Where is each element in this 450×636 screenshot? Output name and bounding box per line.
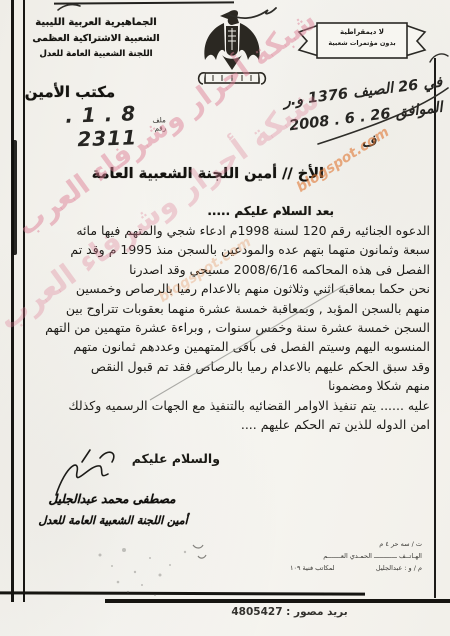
closing-salutation: والسلام عليكم	[132, 451, 220, 466]
letterhead: الجماهيرية العربية الليبية الشعبية الاشت…	[20, 15, 172, 62]
handwritten-date: في 26 الصيف 1376 و.ر الموافق 26 . 6 . 20…	[282, 71, 450, 165]
body-line: عليه ...... يتم تنفيذ الاوامر القضائيه ب…	[22, 396, 430, 415]
stamp-speckles	[99, 548, 187, 596]
body-line: الدعوه الجنائيه رقم 120 لسنة 1998م ادعاء…	[22, 221, 430, 240]
bottom-border-line-1	[0, 591, 365, 595]
footer-line-3-left: لمكاتب فنية ١٠٩	[290, 562, 335, 574]
file-number-row: ملف رقم 8 . 1 . 2311	[5, 100, 167, 154]
footer-line-3: م / و : عبدالجليل لمكاتب فنية ١٠٩	[290, 562, 422, 574]
signature-scribble	[56, 450, 114, 495]
body-line: امن الدوله للذين تم الحكم عليهم ....	[22, 415, 430, 434]
signer-name: مصطفى محمد عبدالجليل	[32, 492, 192, 506]
ribbon-text: لا ديمقراطية بدون مؤتمرات شعبية	[318, 27, 406, 49]
bottom-border-line-2	[105, 599, 450, 603]
greeting-line: بعد السلام عليكم .....	[207, 204, 334, 218]
body-line: منهم شكلا ومضمونا	[22, 376, 430, 395]
scanned-letter-page: شبكة أحرار وشرفاء العرب شبكة أحرار وشرفا…	[0, 0, 450, 636]
slogan-ribbon: لا ديمقراطية بدون مؤتمرات شعبية	[296, 20, 428, 62]
body-line: الفصل فى هذه المحاكمه 2008/6/16 مسيحي وق…	[22, 260, 430, 279]
letter-body: الدعوه الجنائيه رقم 120 لسنة 1998م ادعاء…	[22, 221, 430, 434]
office-of-secretary-label: مكتب الأمين	[16, 83, 124, 101]
footer-fine-print: ت / سه حر ٤ م الهـاتــف ــــــــــــ الح…	[290, 538, 422, 574]
hawk-of-quraish-emblem-icon	[193, 6, 271, 90]
body-line: المنسوبه اليهم وسيتم الفصل فى باقى المته…	[22, 337, 430, 356]
file-number-handwritten: 8 . 1 . 2311	[5, 101, 137, 154]
footer-line-1: ت / سه حر ٤ م	[290, 538, 422, 550]
top-border-line	[54, 1, 234, 4]
letterhead-line-3: اللجنة الشعبية العامة للعدل	[20, 47, 172, 62]
ribbon-left-tail	[299, 25, 319, 56]
recipient-line: الأخ // أمين اللجنة الشعبية العامة	[92, 166, 324, 182]
file-number-label: ملف رقم	[140, 116, 166, 133]
stamp-remnant-marks	[193, 545, 206, 558]
body-line: سبعة وثمانون متهما بتهم عده والمودعين با…	[22, 240, 430, 259]
signer-title: أمين اللجنة الشعبية العامة للعدل	[18, 514, 208, 527]
body-line: منهم بالسجن المؤبد , وبمعاقبة خمسة عشرة …	[22, 299, 430, 318]
letterhead-line-2: الشعبية الاشتراكية العظمى	[20, 31, 172, 47]
body-line: نحن حكما بمعاقبة اثني وثلاثون منهم بالاع…	[22, 279, 430, 298]
body-line: وقد سبق الحكم عليهم بالاعدام رميا بالرصا…	[22, 357, 430, 376]
ribbon-right-tail	[405, 25, 425, 56]
photo-mail-number: بريد مصور : 4805427	[222, 606, 357, 618]
ribbon-text-line-2: بدون مؤتمرات شعبية	[318, 38, 406, 49]
body-line: السجن خمسة عشرة سنة وخمس سنوات , وبراءة …	[22, 318, 430, 337]
footer-line-2: الهـاتــف ــــــــــــ الحمـدي العــــــ…	[290, 550, 422, 562]
ribbon-text-line-1: لا ديمقراطية	[318, 27, 406, 38]
letterhead-line-1: الجماهيرية العربية الليبية	[20, 15, 172, 31]
footer-line-3-right: م / و : عبدالجليل	[376, 562, 422, 574]
